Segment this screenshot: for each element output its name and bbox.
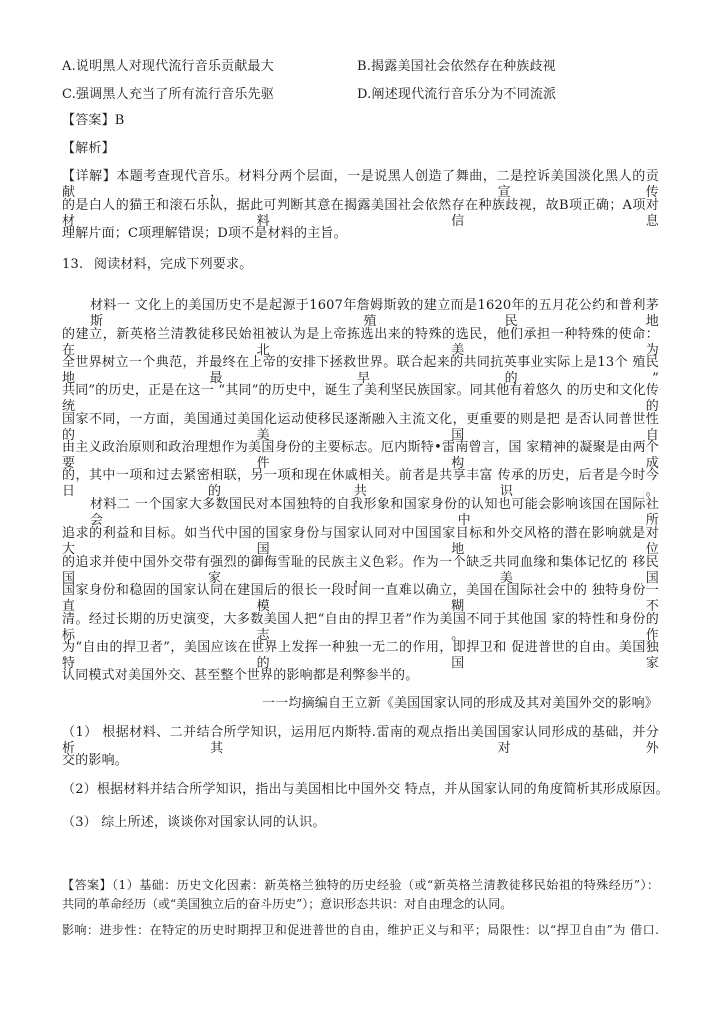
question-number: 13.	[62, 257, 94, 273]
detail-line: 理解片面；C项理解错误；D项不是材料的主旨。	[62, 226, 347, 242]
question-13-header: 13.阅读材料，完成下列要求。	[62, 257, 252, 273]
answer-line: 共同的革命经历（或“美国独立后的奋斗历史”）；意识形态共识：对自由理念的认同。	[62, 896, 512, 912]
material-line: 国家身份和稳固的国家认同在建国后的很长一段时间一直难以确立，美国在国际社会中的 …	[62, 583, 659, 615]
material-line: 材料一 文化上的美国历史不是起源于1607年詹姆斯敦的建立而是1620年的五月花…	[90, 298, 659, 330]
option-a: A.说明黑人对现代流行音乐贡献最大	[62, 59, 274, 75]
answer-label: 【答案】B	[62, 113, 125, 129]
answer-line: 【答案】（1）基础：历史文化因素：新英格兰独特的历史经验（或“新英格兰清教徒移民…	[62, 877, 659, 893]
sub-question-1: （1） 根据材料、二并结合所学知识，运用厄内斯特.雷南的观点指出美国国家认同形成…	[62, 725, 659, 757]
option-b: B.揭露美国社会依然存在种族歧视	[357, 59, 556, 75]
question-prompt: 阅读材料，完成下列要求。	[94, 257, 252, 272]
citation: 一一均摘编自王立新《美国国家认同的形成及其对美国外交的影响》	[262, 696, 658, 712]
sub-question-1-cont: 交的影响。	[62, 753, 128, 769]
answer-line: 影响：进步性：在特定的历史时期捍卫和促进普世的自由，维护正义与和平；局限性：以“…	[62, 922, 659, 938]
detail-line: 【详解】本题考查现代音乐。材料分两个层面，一是说黑人创造了舞曲，二是控诉美国淡化…	[62, 169, 659, 201]
material-line: 认同模式对美国外交、甚至整个世界的影响都是利弊参半的。	[62, 668, 418, 684]
material-line: 追求的利益和目标。如当代中国的国家身份与国家认同对中国国家目标和外交风格的潜在影…	[62, 526, 659, 558]
sub-question-3: （3） 综上所述，谈谈你对国家认同的认识。	[62, 815, 326, 831]
sub-question-2: （2）根据材料并结合所学知识，指出与美国相比中国外交 特点，并从国家认同的角度简…	[62, 782, 669, 798]
material-line: 材料二 一个国家大多数国民对本国独特的自我形象和国家身份的认知也可能会影响该国在…	[90, 497, 659, 529]
material-line: 的，其中一项和过去紧密相联，另一项和现在休戚相关。前者是共享丰富 传承的历史，后…	[62, 468, 659, 500]
material-line: 共同”的历史，正是在这一 “其同”的历史中，诞生了美利坚民族国家。同其他有着悠久…	[62, 383, 659, 415]
option-d: D.阐述现代流行音乐分为不同流派	[357, 87, 556, 103]
analysis-label: 【解析】	[62, 141, 115, 157]
option-c: C.强调黑人充当了所有流行音乐先驱	[62, 87, 274, 103]
